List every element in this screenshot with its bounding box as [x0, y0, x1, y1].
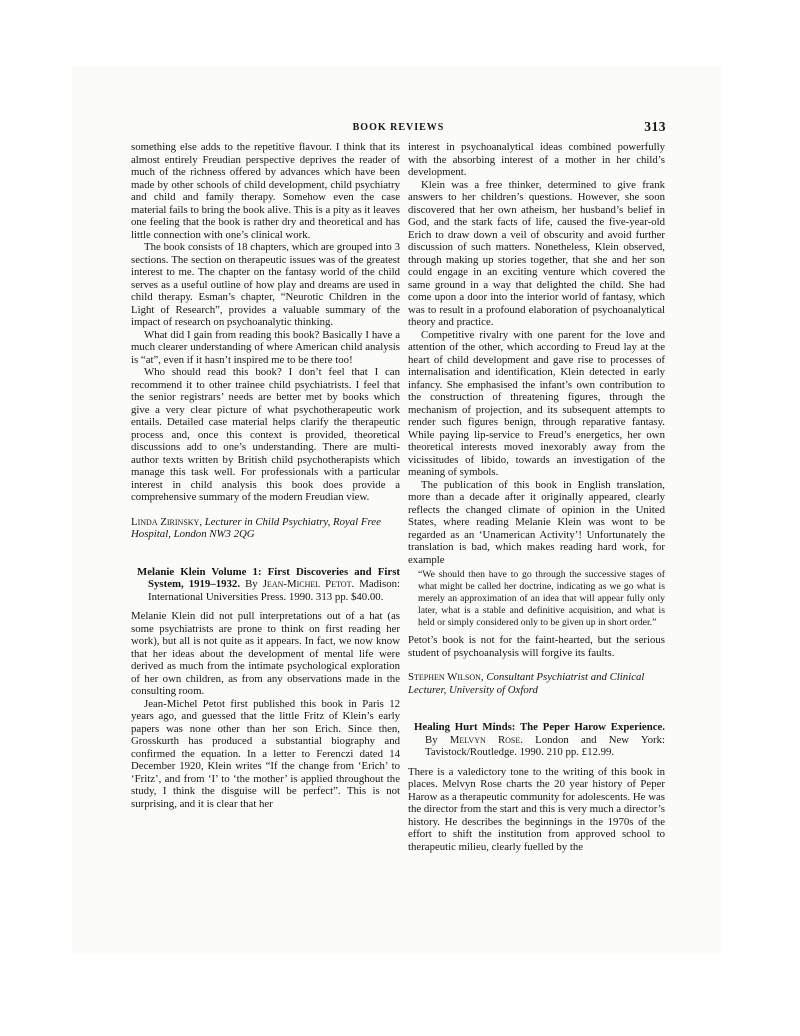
paragraph: Melanie Klein did not pull interpretatio… — [131, 610, 400, 698]
book-author: Jean-Michel Petot — [263, 578, 352, 590]
book-author: Melvyn Rose — [450, 734, 520, 746]
paragraph: What did I gain from reading this book? … — [131, 329, 400, 367]
left-column: something else adds to the repetitive fl… — [131, 141, 400, 810]
paragraph: Who should read this book? I don’t feel … — [131, 366, 400, 504]
paragraph: Competitive rivalry with one parent for … — [408, 329, 665, 479]
paragraph: The book consists of 18 chapters, which … — [131, 241, 400, 329]
reviewer-name: Linda Zirinsky — [131, 516, 199, 528]
paragraph: Petot’s book is not for the faint-hearte… — [408, 634, 665, 659]
paragraph: interest in psychoanalytical ideas combi… — [408, 141, 665, 179]
page-number: 313 — [644, 119, 666, 135]
right-column: interest in psychoanalytical ideas combi… — [408, 141, 665, 853]
book-reference-heading: Healing Hurt Minds: The Peper Harow Expe… — [408, 721, 665, 759]
book-reference-heading: Melanie Klein Volume 1: First Discoverie… — [131, 566, 400, 604]
by-prefix: By — [240, 578, 263, 590]
reviewer-name: Stephen Wilson — [408, 671, 481, 683]
running-header: BOOK REVIEWS 313 — [131, 120, 666, 136]
by-prefix: By — [425, 734, 450, 746]
paragraph: Klein was a free thinker, determined to … — [408, 179, 665, 329]
reviewer-signature: Stephen Wilson, Consultant Psychiatrist … — [408, 671, 665, 696]
running-title: BOOK REVIEWS — [131, 122, 666, 133]
book-title: Healing Hurt Minds: The Peper Harow Expe… — [414, 721, 665, 733]
paragraph: The publication of this book in English … — [408, 479, 665, 567]
paragraph: Jean-Michel Petot first published this b… — [131, 698, 400, 811]
reviewer-signature: Linda Zirinsky, Lecturer in Child Psychi… — [131, 516, 400, 541]
paragraph: something else adds to the repetitive fl… — [131, 141, 400, 241]
block-quote: “We should then have to go through the s… — [418, 569, 665, 629]
paragraph: There is a valedictory tone to the writi… — [408, 766, 665, 854]
